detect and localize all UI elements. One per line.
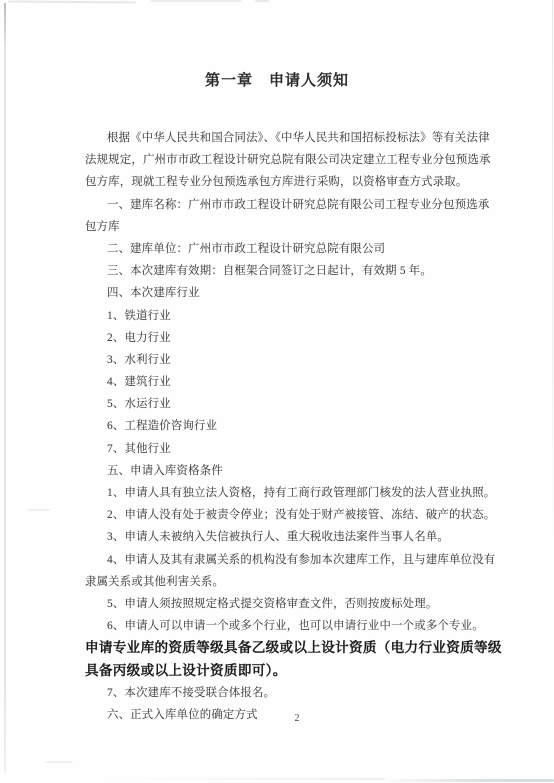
doc-line: 5、申请人须按照规定格式提交资格审查文件，否则按废标处理。 (85, 593, 505, 615)
doc-line: 四、本次建库行业 (85, 282, 505, 304)
scan-left-edge-line (4, 3, 6, 773)
doc-line: 包方库 (85, 216, 505, 238)
page-title: 第一章 申请人须知 (0, 0, 554, 89)
doc-line: 6、申请人可以申请一个或多个行业，也可以申请行业中一个或多个专业。 (85, 615, 505, 637)
doc-line: 3、水利行业 (85, 349, 505, 371)
doc-line: 5、水运行业 (85, 393, 505, 415)
doc-line: 三、本次建库有效期：自框架合同签订之日起计，有效期 5 年。 (85, 260, 505, 282)
scan-bottom-shadow (95, 778, 385, 780)
doc-line: 根据《中华人民共和国合同法》、《中华人民共和国招标投标法》等有关法律 (85, 127, 505, 149)
doc-line: 法规规定，广州市市政工程设计研究总院有限公司决定建立工程专业分包预选承 (85, 149, 505, 171)
document-body: 根据《中华人民共和国合同法》、《中华人民共和国招标投标法》等有关法律 法规规定，… (85, 127, 505, 726)
doc-line-emphasis: 申请专业库的资质等级具备乙级或以上设计资质（电力行业资质等级 (85, 637, 505, 659)
document-page: 第一章 申请人须知 根据《中华人民共和国合同法》、《中华人民共和国招标投标法》等… (0, 0, 554, 783)
doc-line: 五、申请入库资格条件 (85, 460, 505, 482)
scan-smudge-top (150, 0, 242, 2)
doc-line: 4、建筑行业 (85, 371, 505, 393)
doc-line: 二、建库单位：广州市市政工程设计研究总院有限公司 (85, 238, 505, 260)
scan-smudge-left (45, 761, 73, 763)
doc-line: 1、铁道行业 (85, 305, 505, 327)
doc-line: 包方库，现就工程专业分包预选承包方库进行采购，以资格审查方式录取。 (85, 171, 505, 193)
doc-line: 4、申请人及其有隶属关系的机构没有参加本次建库工作，且与建库单位没有 (85, 549, 505, 571)
doc-line: 2、电力行业 (85, 327, 505, 349)
doc-line: 一、建库名称：广州市市政工程设计研究总院有限公司工程专业分包预选承 (85, 194, 505, 216)
doc-line: 2、申请人没有处于被责令停业；没有处于财产被接管、冻结、破产的状态。 (85, 504, 505, 526)
doc-line: 隶属关系或其他利害关系。 (85, 571, 505, 593)
doc-line: 3、申请人未被纳入失信被执行人、重大税收违法案件当事人名单。 (85, 526, 505, 548)
scan-right-edge-line (552, 0, 554, 545)
doc-line-emphasis: 具备丙级或以上设计资质即可）。 (85, 660, 505, 682)
scan-smudge-left (28, 509, 50, 511)
page-number: 2 (0, 713, 554, 724)
scan-bottom-shadow (376, 779, 554, 782)
doc-line: 6、工程造价咨询行业 (85, 415, 505, 437)
doc-line: 7、其他行业 (85, 438, 505, 460)
doc-line: 7、本次建库不接受联合体报名。 (85, 682, 505, 704)
scan-smudge-top (255, 0, 269, 2)
doc-line: 1、申请人具有独立法人资格，持有工商行政管理部门核发的法人营业执照。 (85, 482, 505, 504)
